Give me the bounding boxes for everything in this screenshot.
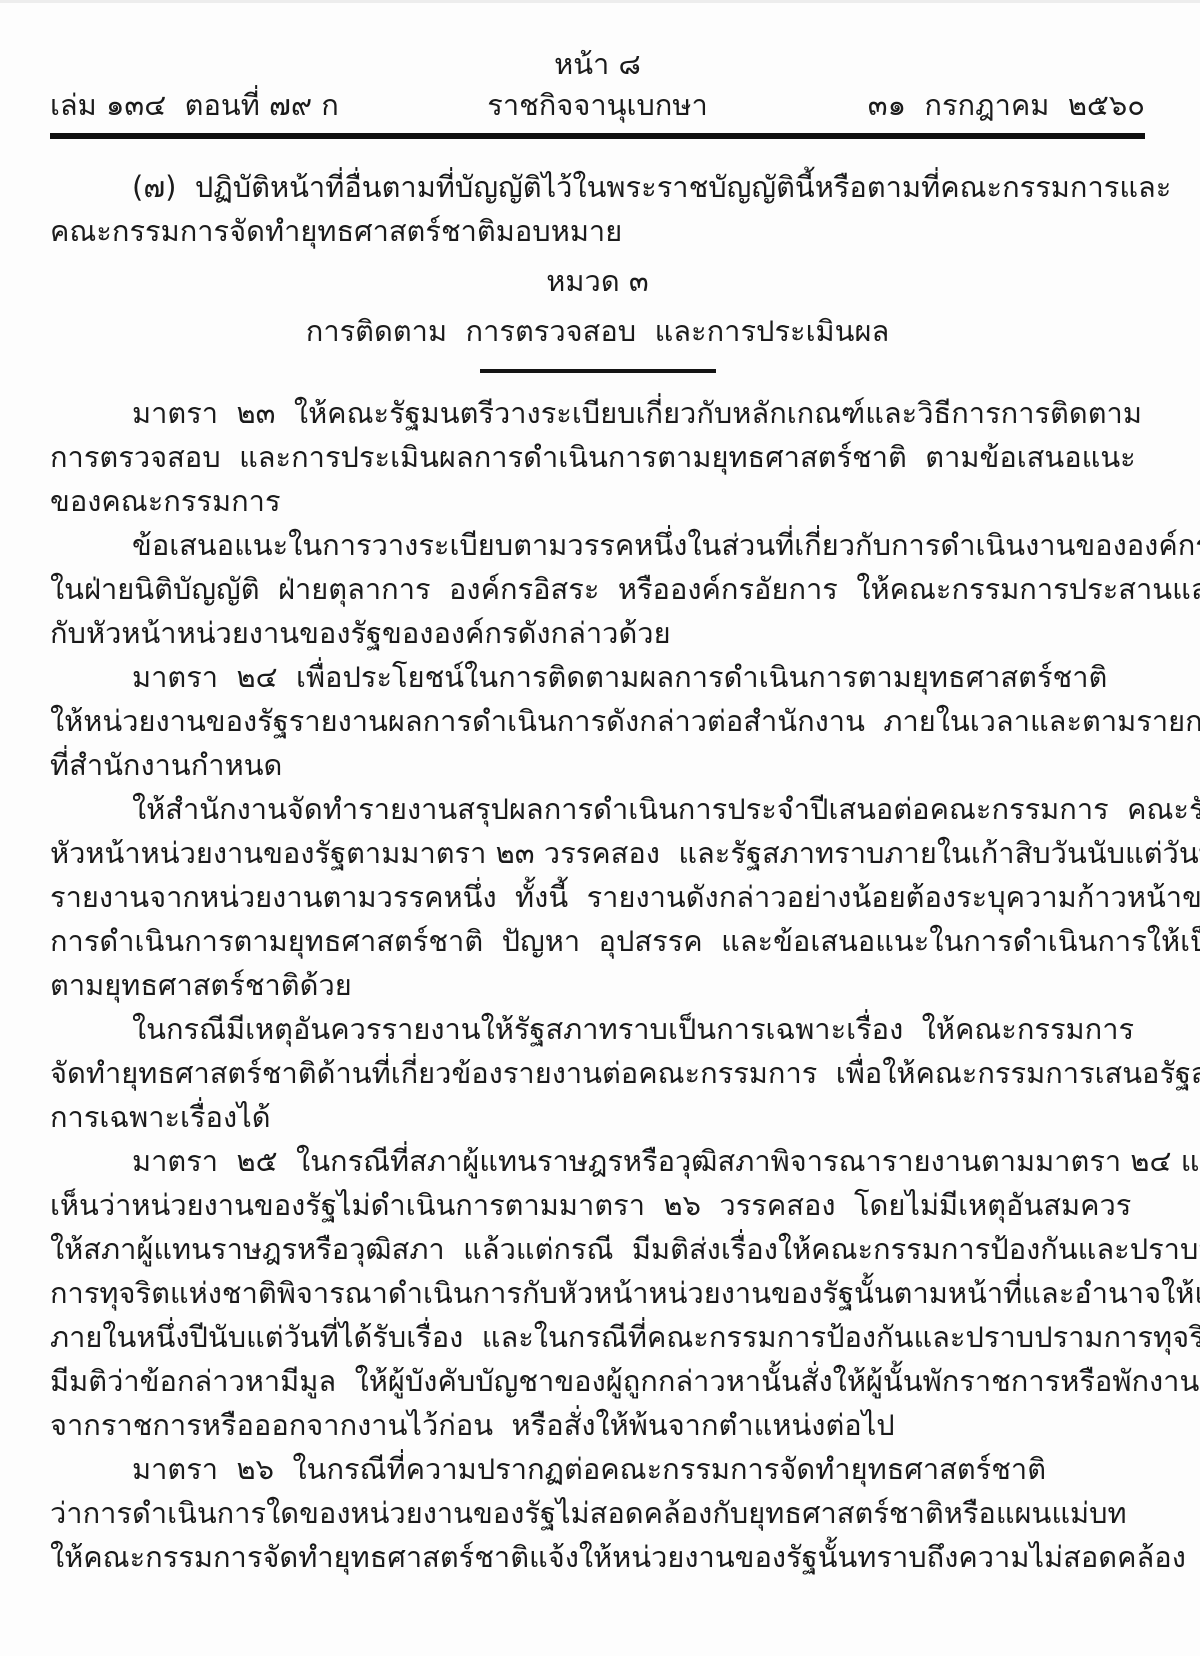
body-line: เห็นว่าหน่วยงานของรัฐไม่ดำเนินการตามมาตร… <box>50 1183 1145 1227</box>
body-line: ข้อเสนอแนะในการวางระเบียบตามวรรคหนึ่งในส… <box>50 523 1145 567</box>
gazette-page: หน้า ๘ เล่ม ๑๓๔ ตอนที่ ๗๙ ก ราชกิจจานุเบ… <box>0 0 1200 1656</box>
body-line: การทุจริตแห่งชาติพิจารณาดำเนินการกับหัวห… <box>50 1271 1145 1315</box>
body-line: คณะกรรมการจัดทำยุทธศาสตร์ชาติมอบหมาย <box>50 209 1145 253</box>
publication-date: ๓๑ กรกฎาคม ๒๕๖๐ <box>708 85 1145 125</box>
body-line: การตรวจสอบ และการประเมินผลการดำเนินการตา… <box>50 435 1145 479</box>
body-line: ให้สำนักงานจัดทำรายงานสรุปผลการดำเนินการ… <box>50 787 1145 831</box>
body-line: ที่สำนักงานกำหนด <box>50 743 1145 787</box>
section-heading: การติดตาม การตรวจสอบ และการประเมินผล <box>50 309 1145 353</box>
body-line: ให้สภาผู้แทนราษฎรหรือวุฒิสภา แล้วแต่กรณี… <box>50 1227 1145 1271</box>
body-line: ในกรณีมีเหตุอันควรรายงานให้รัฐสภาทราบเป็… <box>50 1007 1145 1051</box>
body-line: จัดทำยุทธศาสตร์ชาติด้านที่เกี่ยวข้องรายง… <box>50 1051 1145 1095</box>
body-line: ภายในหนึ่งปีนับแต่วันที่ได้รับเรื่อง และ… <box>50 1315 1145 1359</box>
body-line: มาตรา ๒๖ ในกรณีที่ความปรากฏต่อคณะกรรมการ… <box>50 1447 1145 1491</box>
body-line: ให้คณะกรรมการจัดทำยุทธศาสตร์ชาติแจ้งให้ห… <box>50 1535 1145 1579</box>
header-rule <box>50 133 1145 139</box>
body-line: ตามยุทธศาสตร์ชาติด้วย <box>50 963 1145 1007</box>
body-line: จากราชการหรือออกจากงานไว้ก่อน หรือสั่งให… <box>50 1403 1145 1447</box>
body-line: มีมติว่าข้อกล่าวหามีมูล ให้ผู้บังคับบัญช… <box>50 1359 1145 1403</box>
header-row: เล่ม ๑๓๔ ตอนที่ ๗๙ ก ราชกิจจานุเบกษา ๓๑ … <box>50 85 1145 125</box>
document-body: (๗) ปฏิบัติหน้าที่อื่นตามที่บัญญัติไว้ใน… <box>50 165 1145 1579</box>
section-heading: หมวด ๓ <box>50 259 1145 303</box>
body-line: ของคณะกรรมการ <box>50 479 1145 523</box>
body-line: การเฉพาะเรื่องได้ <box>50 1095 1145 1139</box>
body-line: (๗) ปฏิบัติหน้าที่อื่นตามที่บัญญัติไว้ใน… <box>50 165 1145 209</box>
body-line: ให้หน่วยงานของรัฐรายงานผลการดำเนินการดัง… <box>50 699 1145 743</box>
section-divider <box>480 369 716 373</box>
body-line: ว่าการดำเนินการใดของหน่วยงานของรัฐไม่สอด… <box>50 1491 1145 1535</box>
body-line: มาตรา ๒๕ ในกรณีที่สภาผู้แทนราษฎรหรือวุฒิ… <box>50 1139 1145 1183</box>
body-line: รายงานจากหน่วยงานตามวรรคหนึ่ง ทั้งนี้ รา… <box>50 875 1145 919</box>
gazette-title: ราชกิจจานุเบกษา <box>487 85 707 125</box>
page-header: หน้า ๘ เล่ม ๑๓๔ ตอนที่ ๗๙ ก ราชกิจจานุเบ… <box>50 45 1145 139</box>
body-line: มาตรา ๒๔ เพื่อประโยชน์ในการติดตามผลการดำ… <box>50 655 1145 699</box>
body-line: มาตรา ๒๓ ให้คณะรัฐมนตรีวางระเบียบเกี่ยวก… <box>50 391 1145 435</box>
body-line: กับหัวหน้าหน่วยงานของรัฐขององค์กรดังกล่า… <box>50 611 1145 655</box>
volume-issue: เล่ม ๑๓๔ ตอนที่ ๗๙ ก <box>50 85 487 125</box>
page-number: หน้า ๘ <box>50 45 1145 83</box>
body-line: การดำเนินการตามยุทธศาสตร์ชาติ ปัญหา อุปส… <box>50 919 1145 963</box>
body-line: ในฝ่ายนิติบัญญัติ ฝ่ายตุลาการ องค์กรอิสร… <box>50 567 1145 611</box>
body-line: หัวหน้าหน่วยงานของรัฐตามมาตรา ๒๓ วรรคสอง… <box>50 831 1145 875</box>
